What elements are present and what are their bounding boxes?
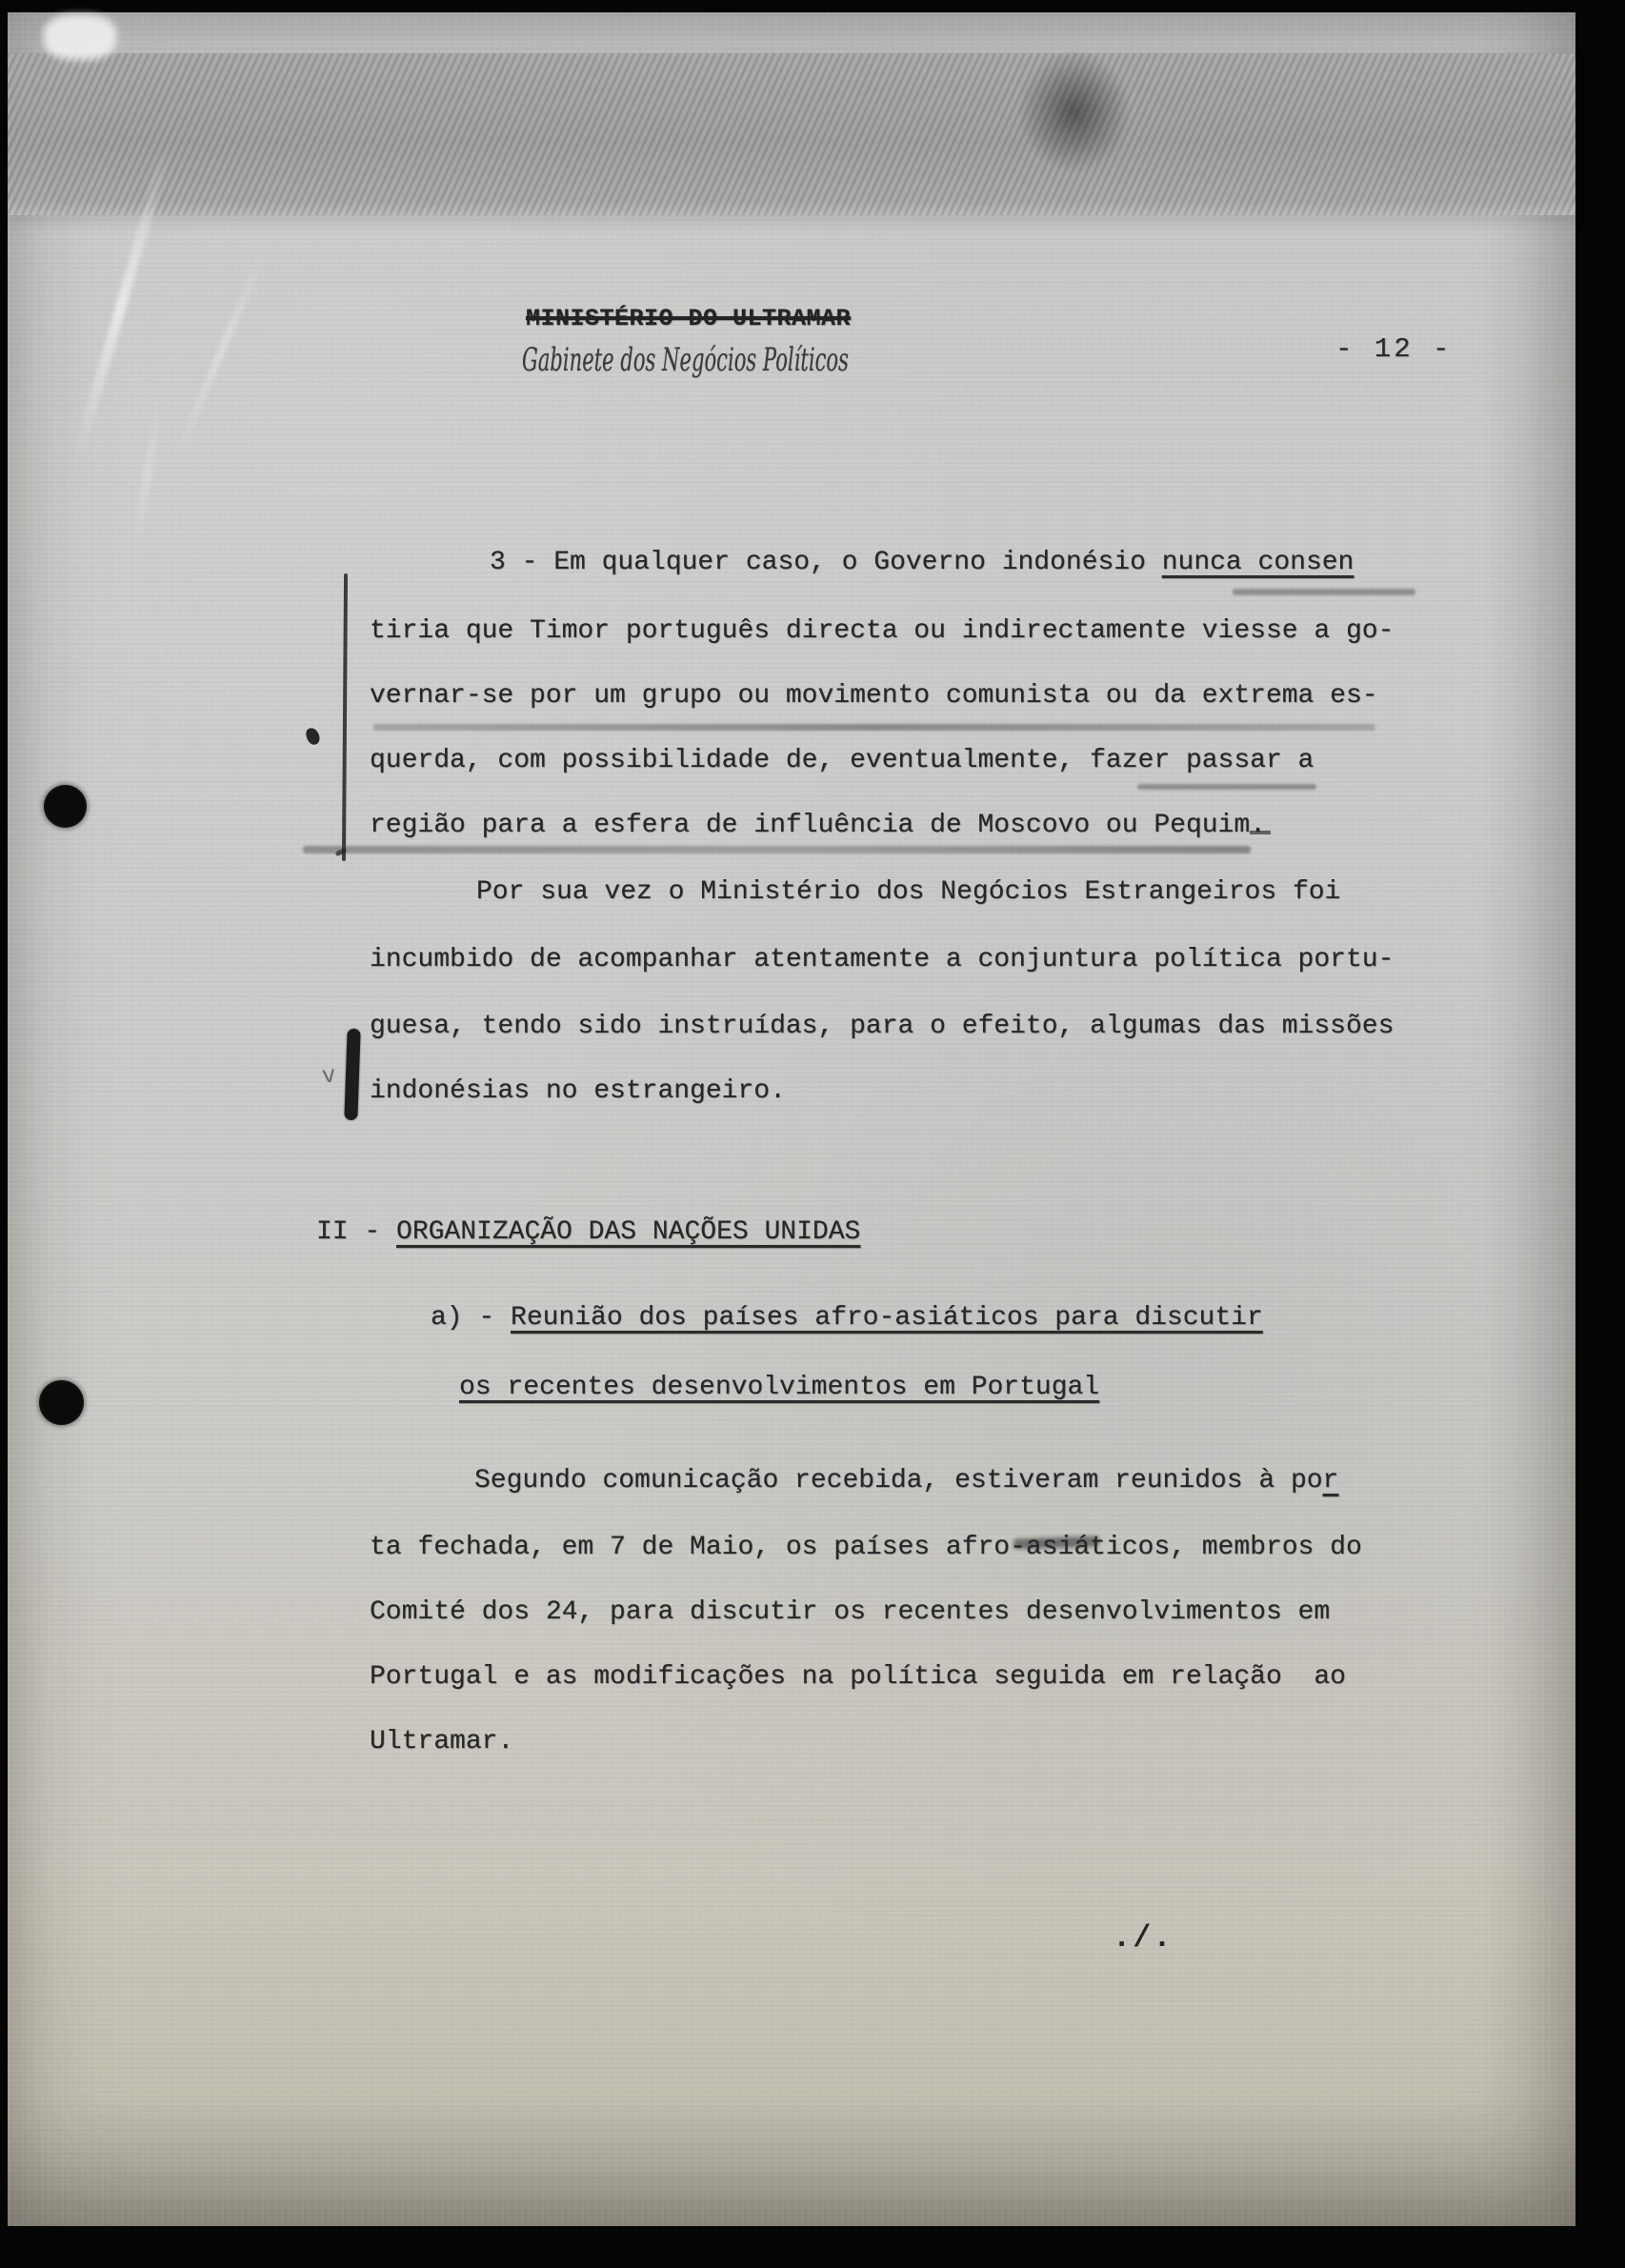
paper-white-patch	[44, 14, 116, 60]
typewritten-text: tiria que Timor português directa ou ind…	[370, 616, 1394, 646]
typewritten-text-underlined: nunca consen	[1162, 548, 1354, 577]
paragraph-un-meeting-line: Ultramar.	[370, 1726, 513, 1758]
paragraph-un-meeting-line: Comité dos 24, para discutir os recentes…	[370, 1596, 1330, 1629]
typewritten-text: Comité dos 24, para discutir os recentes…	[370, 1597, 1330, 1627]
typewritten-text: a) -	[431, 1303, 511, 1333]
hole-punch-top	[44, 785, 87, 828]
typewritten-text: guesa, tendo sido instruídas, para o efe…	[370, 1012, 1394, 1041]
paragraph-item-3-line: querda, com possibilidade de, eventualme…	[370, 745, 1314, 777]
typewritten-text-underlined: os recentes desenvolvimentos em Portugal	[459, 1373, 1099, 1402]
typewritten-text: incumbido de acompanhar atentamente a co…	[370, 945, 1394, 974]
paragraph-un-meeting-line: Portugal e as modificações na política s…	[370, 1661, 1346, 1694]
typewritten-text: querda, com possibilidade de, eventualme…	[370, 746, 1314, 775]
paragraph-item-3-line: vernar-se por um grupo ou movimento comu…	[370, 680, 1378, 713]
typewritten-text: vernar-se por um grupo ou movimento comu…	[370, 681, 1378, 711]
typewritten-text: região para a esfera de influência de Mo…	[370, 811, 1266, 840]
hole-punch-bottom	[39, 1380, 84, 1425]
paragraph-item-3-line: região para a esfera de influência de Mo…	[370, 810, 1266, 842]
typewritten-text: Portugal e as modificações na política s…	[370, 1662, 1346, 1692]
paragraph-negocios-estrangeiros-line: incumbido de acompanhar atentamente a co…	[370, 944, 1394, 976]
scan-blotch	[1017, 50, 1132, 173]
paragraph-item-3-line: tiria que Timor português directa ou ind…	[370, 615, 1394, 648]
paragraph-un-meeting-line: Segundo comunicação recebida, estiveram …	[474, 1465, 1338, 1497]
typewritten-text-underlined: ORGANIZAÇÃO DAS NAÇÕES UNIDAS	[396, 1217, 860, 1247]
section-heading-ii-line: II - ORGANIZAÇÃO DAS NAÇÕES UNIDAS	[316, 1216, 860, 1249]
typewritten-text: 3 - Em qualquer caso, o Governo indonési…	[490, 548, 1162, 577]
scanned-document-page: MINISTÉRIO DO ULTRAMAR Gabinete dos Negó…	[0, 0, 1625, 2268]
paragraph-item-3-line: 3 - Em qualquer caso, o Governo indonési…	[490, 547, 1354, 579]
subsection-a-heading-line: os recentes desenvolvimentos em Portugal	[459, 1372, 1099, 1404]
scan-exposure-band	[8, 53, 1575, 215]
paragraph-negocios-estrangeiros-line: Por sua vez o Ministério dos Negócios Es…	[476, 876, 1340, 909]
subsection-a-heading-line: a) - Reunião dos países afro-asiáticos p…	[431, 1302, 1263, 1335]
letterhead-ministry-struck: MINISTÉRIO DO ULTRAMAR	[526, 305, 851, 332]
paragraph-un-meeting-line: ta fechada, em 7 de Maio, os países afro…	[370, 1532, 1362, 1564]
typewritten-text: Segundo comunicação recebida, estiveram …	[474, 1466, 1323, 1495]
typewritten-text-underlined: Reunião dos países afro-asiáticos para d…	[511, 1303, 1263, 1333]
typewritten-text: II -	[316, 1217, 396, 1247]
typewritten-text: Por sua vez o Ministério dos Negócios Es…	[476, 877, 1340, 907]
typewritten-text-underlined: r	[1323, 1466, 1339, 1495]
letterhead-office-script: Gabinete dos Negócios Políticos	[522, 341, 849, 379]
paragraph-negocios-estrangeiros-line: indonésias no estrangeiro.	[370, 1075, 786, 1108]
page-number: - 12 -	[1335, 333, 1452, 365]
paragraph-negocios-estrangeiros-line: guesa, tendo sido instruídas, para o efe…	[370, 1011, 1394, 1043]
typewritten-text: ta fechada, em 7 de Maio, os países afro…	[370, 1533, 1362, 1562]
continuation-mark: ./.	[1113, 1920, 1174, 1956]
typewritten-text: Ultramar.	[370, 1727, 513, 1756]
typewritten-text: indonésias no estrangeiro.	[370, 1076, 786, 1106]
